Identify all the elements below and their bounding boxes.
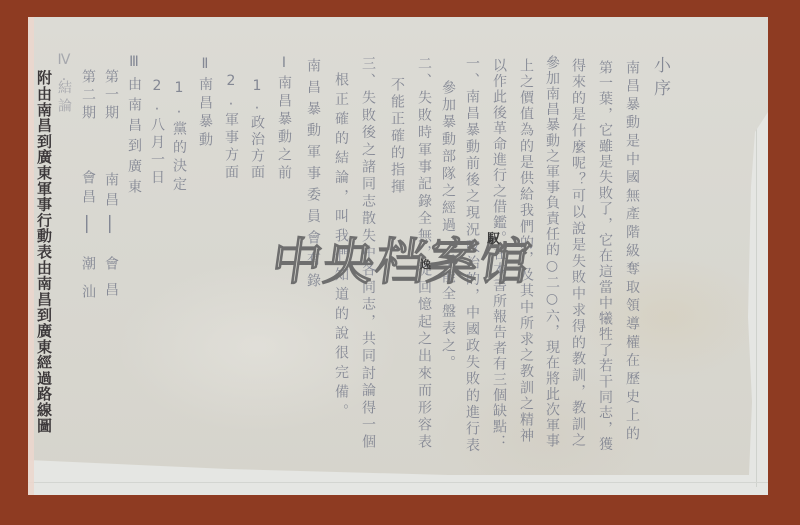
appendix-note: 附由南昌到廣東軍事行動表由南昌到廣東經過路線圖 <box>36 70 52 433</box>
outline-item: 1.政治方面 <box>249 78 265 181</box>
outline-heading-2: Ⅱ南昌暴動 <box>197 56 213 151</box>
period-dash: — <box>80 214 96 234</box>
handwritten-mark: 逸 <box>420 258 431 272</box>
paper-left-edge <box>28 17 34 495</box>
outline-heading-4: 結論 <box>56 80 72 116</box>
outline-item: 2.八月一日 <box>149 78 165 187</box>
preface-line: 得來的是什麼呢？可以說是失敗中求得的教訓，教訓之 <box>570 58 586 449</box>
mount-edge-line <box>28 482 768 483</box>
preface-line: 第一葉，它雖是失敗了，它在這當中犧牲了若干同志，獲 <box>597 60 613 453</box>
period-to: 潮汕 <box>80 256 96 312</box>
outline-heading-1: Ⅰ南昌暴動之前 <box>276 55 292 183</box>
preface-line: 參加南昌暴動之軍事負責任的○二○六，現在將此次軍事 <box>544 55 560 449</box>
period-from: 南昌 <box>103 172 119 212</box>
preface-title: 小序 <box>651 56 669 102</box>
outline-item: 1.黨的決定 <box>171 80 187 195</box>
period-from: 會昌 <box>80 170 96 208</box>
outline-heading-3: Ⅲ由南昌到廣東 <box>126 54 142 200</box>
period-dash: — <box>103 214 119 234</box>
period-to: 會昌 <box>103 256 119 308</box>
mount-edge-line <box>756 127 757 487</box>
outline-item: 2.軍事方面 <box>223 73 239 182</box>
handwritten-mark: 馭 <box>487 233 500 247</box>
period-label: 第一期 <box>103 69 119 123</box>
period-label: 第二期 <box>80 69 96 123</box>
preface-line: 參加暴動部隊之經過，未能全盤表之。 <box>440 80 456 372</box>
preface-line: 不能正確的指揮 <box>389 77 405 196</box>
preface-line: 南昌暴動是中國無產階級奪取領導權在歷史上的 <box>624 60 640 444</box>
